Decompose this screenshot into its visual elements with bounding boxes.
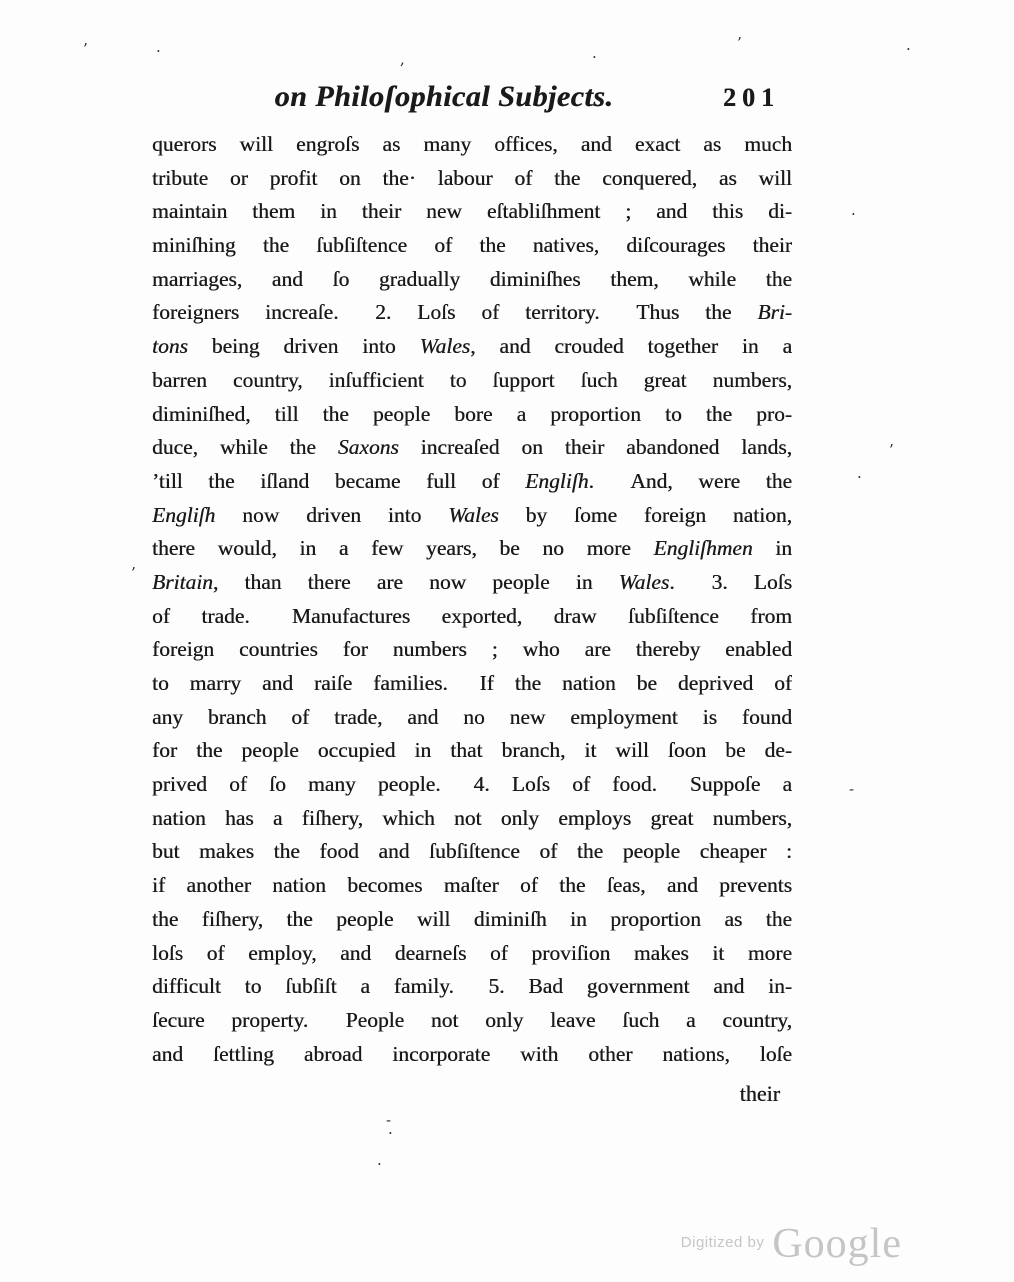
text-line: nation has a fiſhery, which not only emp… — [152, 802, 792, 836]
text-line: the fiſhery, the people will diminiſh in… — [152, 903, 792, 937]
text-segment: tribute or profit on the· labour of the … — [152, 166, 792, 190]
google-logo: Google — [772, 1221, 902, 1267]
text-line: ſecure property. People not only leave ſ… — [152, 1004, 792, 1038]
text-line: any branch of trade, and no new employme… — [152, 701, 792, 735]
text-segment: . And, were the — [588, 469, 792, 493]
text-segment: maintain them in their new eſtabliſhment… — [152, 199, 792, 223]
text-line: difficult to ſubſiſt a family. 5. Bad go… — [152, 970, 792, 1004]
text-line: of trade. Manufactures exported, draw ſu… — [152, 600, 792, 634]
text-line: querors will engroſs as many offices, an… — [152, 128, 792, 162]
catchword: their — [740, 1081, 780, 1106]
text-segment: diminiſhed, till the people bore a propo… — [152, 402, 792, 426]
text-segment: ’till the iſland became full of — [152, 469, 525, 493]
text-segment: any branch of trade, and no new employme… — [152, 705, 792, 729]
text-segment: foreign countries for numbers ; who are … — [152, 637, 792, 661]
text-line: prived of ſo many people. 4. Loſs of foo… — [152, 768, 792, 802]
text-segment: and ſettling abroad incorporate with oth… — [152, 1042, 792, 1066]
text-line: duce, while the Saxons increaſed on thei… — [152, 431, 792, 465]
text-line: diminiſhed, till the people bore a propo… — [152, 398, 792, 432]
scan-speck: . — [851, 203, 856, 218]
scan-speck: , — [400, 52, 405, 67]
italic-text-segment: Britain — [152, 570, 213, 594]
scan-speck: . — [857, 466, 862, 481]
scan-speck: . — [592, 46, 597, 61]
catchword-row: their — [152, 1077, 792, 1111]
scan-speck: ’ — [889, 443, 894, 458]
scan-speck: ’ — [83, 42, 88, 57]
text-segment: foreigners increaſe. 2. Loſs of territor… — [152, 300, 757, 324]
text-segment: ſecure property. People not only leave ſ… — [152, 1008, 792, 1032]
running-head-title: on Philoſophical Subjects. — [124, 80, 764, 114]
text-line: for the people occupied in that branch, … — [152, 734, 792, 768]
text-line: marriages, and ſo gradually diminiſhes t… — [152, 263, 792, 297]
text-segment: nation has a fiſhery, which not only emp… — [152, 806, 792, 830]
text-segment: . 3. Loſs — [669, 570, 792, 594]
text-segment: miniſhing the ſubſiſtence of the natives… — [152, 233, 792, 257]
scan-speck: . — [906, 38, 911, 53]
text-line: Engliſh now driven into Wales by ſome fo… — [152, 499, 792, 533]
italic-text-segment: Wales — [420, 334, 471, 358]
italic-text-segment: tons — [152, 334, 188, 358]
text-segment: duce, while the — [152, 435, 338, 459]
text-segment: if another nation becomes maſter of the … — [152, 873, 792, 897]
text-line: there would, in a few years, be no more … — [152, 532, 792, 566]
text-segment: prived of ſo many people. 4. Loſs of foo… — [152, 772, 792, 796]
text-line: and ſettling abroad incorporate with oth… — [152, 1038, 792, 1072]
text-segment: now driven into — [215, 503, 448, 527]
text-segment: of trade. Manufactures exported, draw ſu… — [152, 604, 792, 628]
text-line: but makes the food and ſubſiſtence of th… — [152, 835, 792, 869]
text-line: ’till the iſland became full of Engliſh.… — [152, 465, 792, 499]
text-line: tons being driven into Wales, and croude… — [152, 330, 792, 364]
text-segment: for the people occupied in that branch, … — [152, 738, 792, 762]
scan-speck: ’ — [131, 566, 136, 581]
text-line: foreign countries for numbers ; who are … — [152, 633, 792, 667]
text-line: barren country, inſufficient to ſupport … — [152, 364, 792, 398]
text-segment: querors will engroſs as many offices, an… — [152, 132, 792, 156]
italic-text-segment: Engliſhmen — [653, 536, 752, 560]
text-segment: marriages, and ſo gradually diminiſhes t… — [152, 267, 792, 291]
text-segment: loſs of employ, and dearneſs of proviſio… — [152, 941, 792, 965]
italic-text-segment: Engliſh — [525, 469, 588, 493]
scanned-book-page: on Philoſophical Subjects. 201 querors w… — [0, 0, 1014, 1282]
text-segment: barren country, inſufficient to ſupport … — [152, 368, 792, 392]
digitization-watermark: Digitized byGoogle — [681, 1220, 902, 1268]
scan-speck: . — [377, 1153, 382, 1168]
text-segment: to marry and raiſe families. If the nati… — [152, 671, 792, 695]
text-segment: but makes the food and ſubſiſtence of th… — [152, 839, 792, 863]
text-segment: by ſome foreign nation, — [499, 503, 792, 527]
text-segment: there would, in a few years, be no more — [152, 536, 653, 560]
scan-speck: . — [388, 1122, 393, 1137]
text-segment: being driven into — [188, 334, 420, 358]
scan-speck: - — [849, 782, 854, 797]
text-segment: , and crouded together in a — [470, 334, 792, 358]
italic-text-segment: Saxons — [338, 435, 399, 459]
text-segment: difficult to ſubſiſt a family. 5. Bad go… — [152, 974, 792, 998]
italic-text-segment: Wales — [619, 570, 670, 594]
text-line: if another nation becomes maſter of the … — [152, 869, 792, 903]
text-segment: , than there are now people in — [213, 570, 619, 594]
scan-speck: . — [156, 40, 161, 55]
italic-text-segment: Engliſh — [152, 503, 215, 527]
text-line: maintain them in their new eſtabliſhment… — [152, 195, 792, 229]
text-line: tribute or profit on the· labour of the … — [152, 162, 792, 196]
text-line: foreigners increaſe. 2. Loſs of territor… — [152, 296, 792, 330]
watermark-prefix-text: Digitized by — [681, 1234, 765, 1251]
scan-speck: ’ — [737, 36, 742, 51]
italic-text-segment: Bri- — [757, 300, 792, 324]
text-line: miniſhing the ſubſiſtence of the natives… — [152, 229, 792, 263]
page-number: 201 — [723, 83, 780, 113]
text-segment: increaſed on their abandoned lands, — [399, 435, 792, 459]
text-line: to marry and raiſe families. If the nati… — [152, 667, 792, 701]
text-segment: the fiſhery, the people will diminiſh in… — [152, 907, 792, 931]
text-line: Britain, than there are now people in Wa… — [152, 566, 792, 600]
text-segment: in — [753, 536, 792, 560]
italic-text-segment: Wales — [448, 503, 499, 527]
page-body: querors will engroſs as many offices, an… — [152, 128, 792, 1071]
page-header: on Philoſophical Subjects. 201 — [152, 80, 792, 122]
text-line: loſs of employ, and dearneſs of proviſio… — [152, 937, 792, 971]
